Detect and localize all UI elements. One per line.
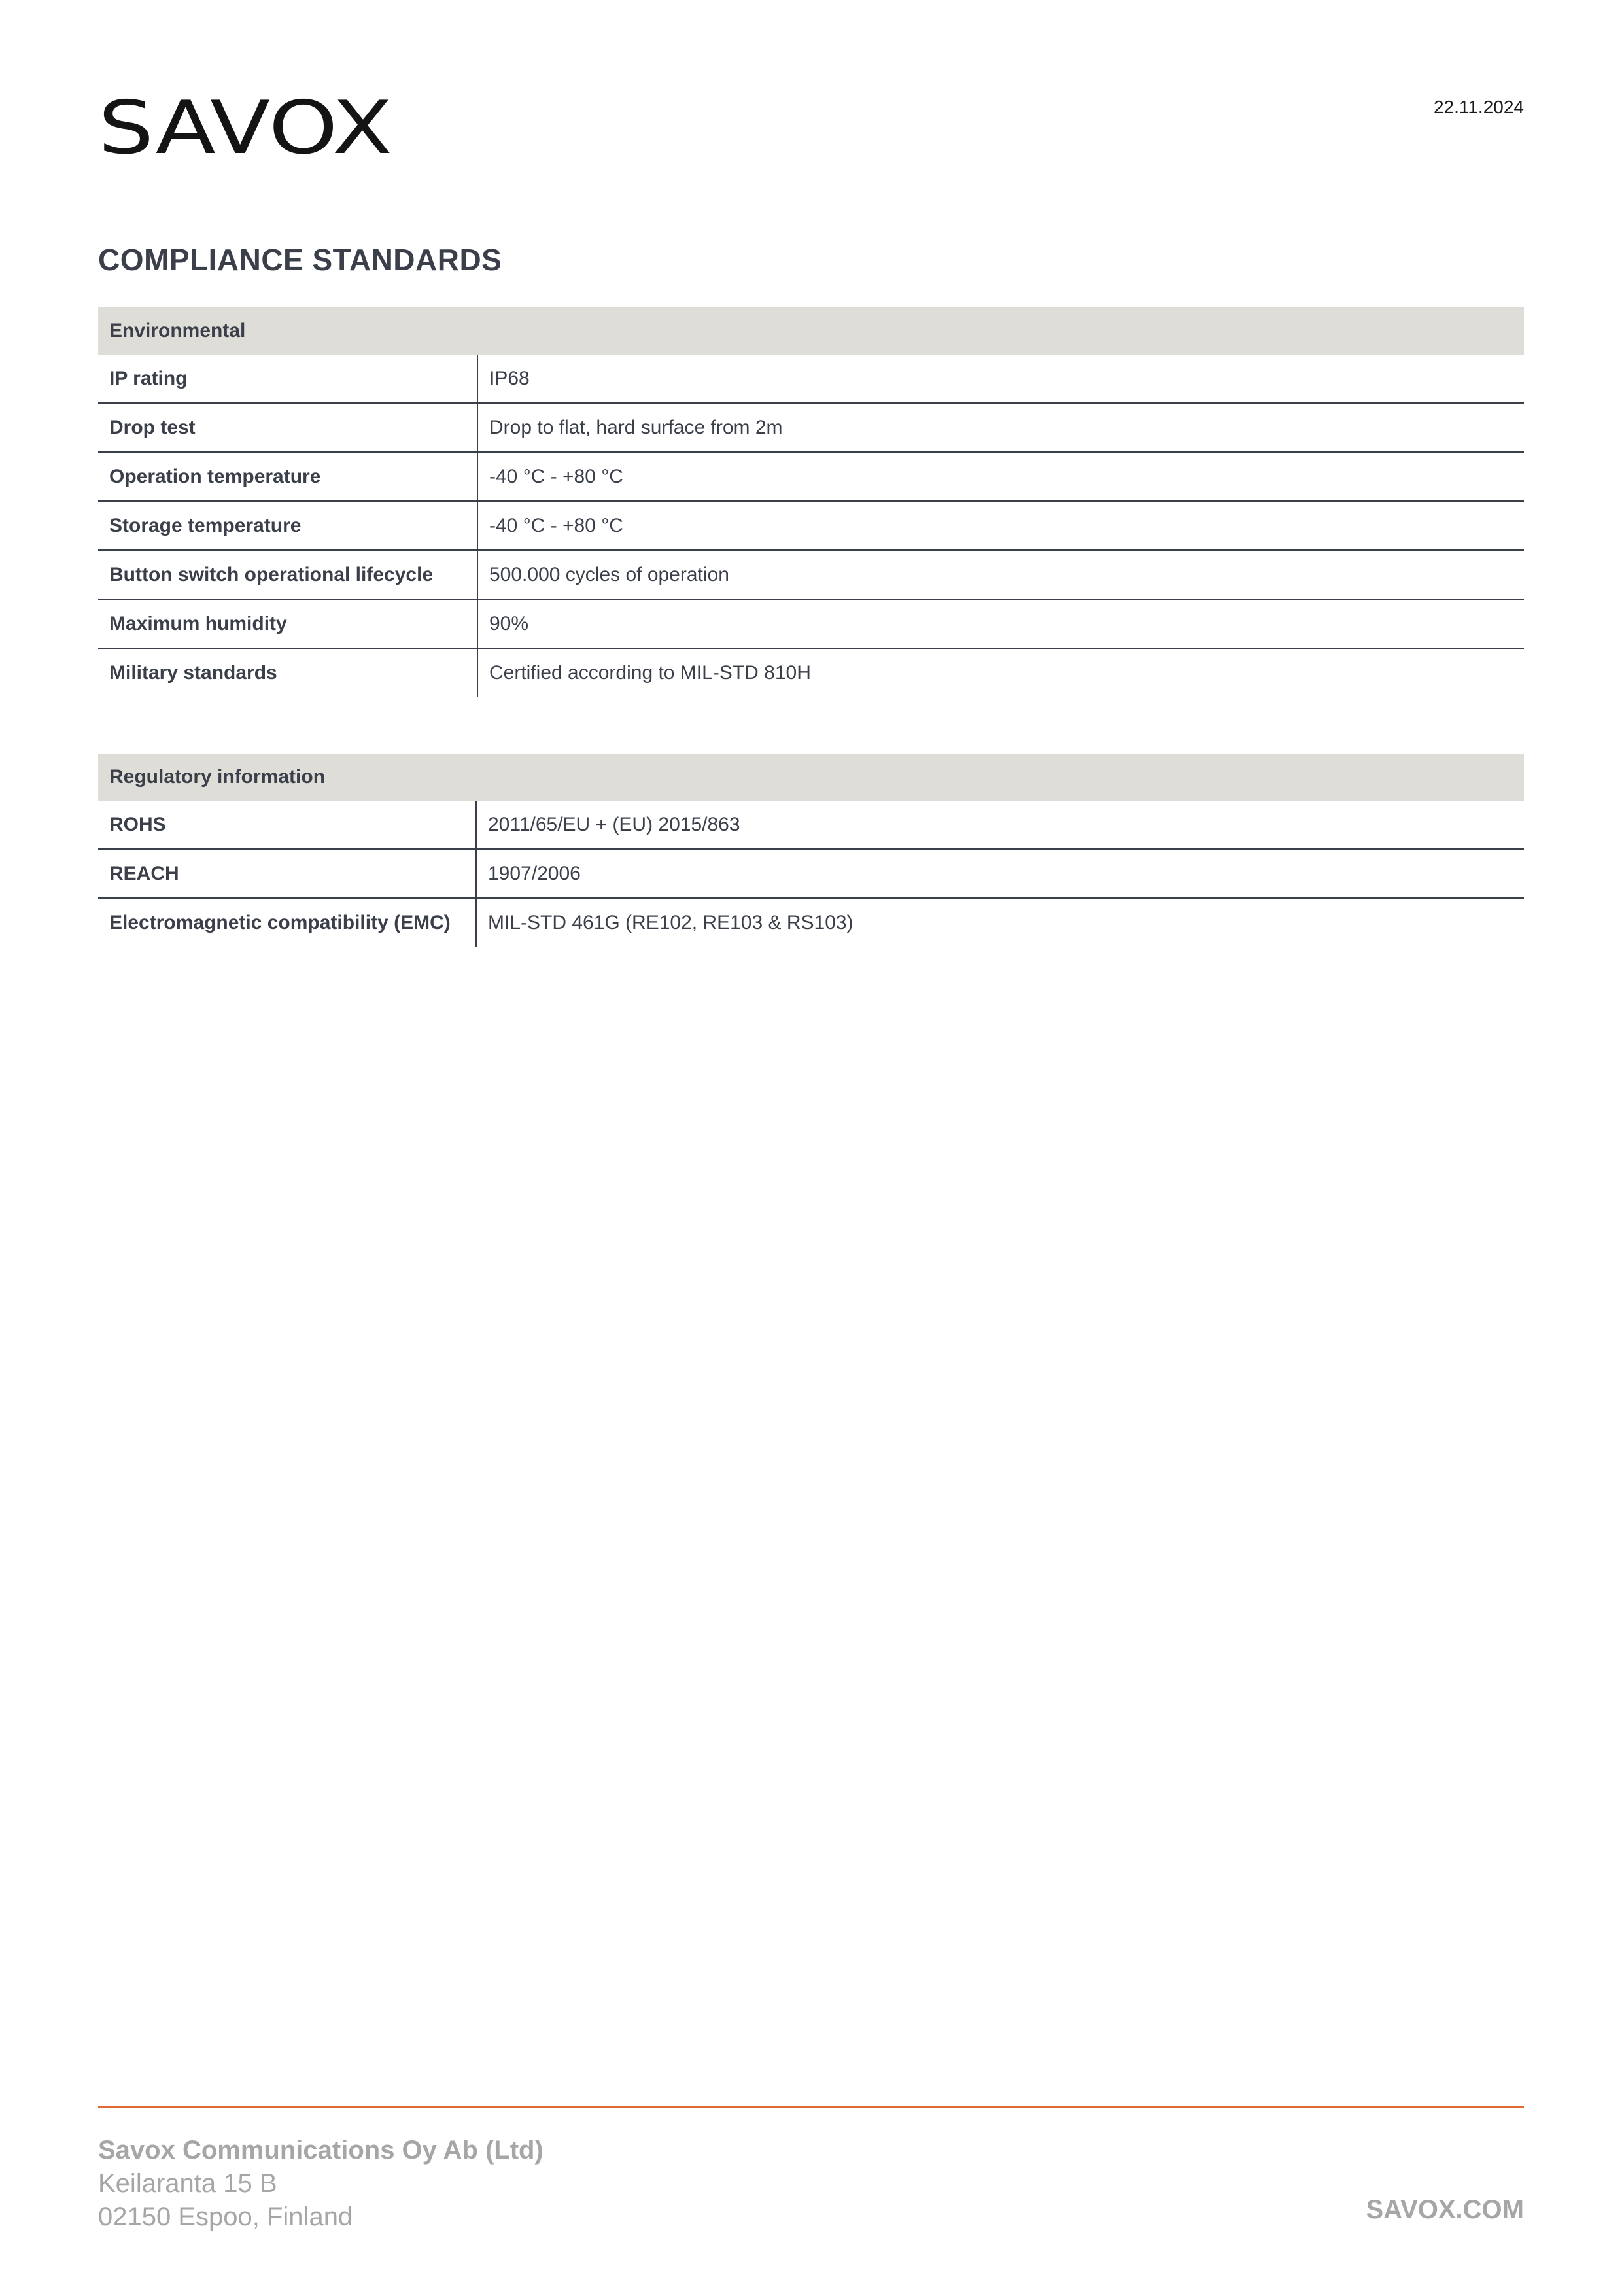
row-value: 500.000 cycles of operation xyxy=(477,550,1524,599)
table-row: Military standardsCertified according to… xyxy=(98,648,1524,697)
row-label: Operation temperature xyxy=(98,452,477,501)
address-line: Keilaranta 15 B xyxy=(98,2167,544,2200)
table-row: ROHS2011/65/EU + (EU) 2015/863 xyxy=(98,801,1524,849)
document-date: 22.11.2024 xyxy=(1434,97,1524,118)
table-row: Storage temperature-40 °C - +80 °C xyxy=(98,501,1524,550)
row-value: -40 °C - +80 °C xyxy=(477,452,1524,501)
table-row: REACH1907/2006 xyxy=(98,849,1524,898)
savox-logo: SAVOX xyxy=(98,97,392,157)
table-row: IP ratingIP68 xyxy=(98,355,1524,403)
company-name: Savox Communications Oy Ab (Ltd) xyxy=(98,2134,544,2167)
regulatory-table: Regulatory information ROHS2011/65/EU + … xyxy=(98,754,1524,947)
address-line: 02150 Espoo, Finland xyxy=(98,2200,544,2234)
table-row: Drop testDrop to flat, hard surface from… xyxy=(98,403,1524,452)
row-label: Drop test xyxy=(98,403,477,452)
svg-text:SAVOX: SAVOX xyxy=(98,97,392,157)
row-value: Certified according to MIL-STD 810H xyxy=(477,648,1524,697)
footer-address: Savox Communications Oy Ab (Ltd) Keilara… xyxy=(98,2134,544,2234)
table-row: Maximum humidity90% xyxy=(98,599,1524,648)
table-row: Electromagnetic compatibility (EMC)MIL-S… xyxy=(98,898,1524,947)
row-label: IP rating xyxy=(98,355,477,403)
row-value: 2011/65/EU + (EU) 2015/863 xyxy=(476,801,1524,849)
row-value: 1907/2006 xyxy=(476,849,1524,898)
row-value: 90% xyxy=(477,599,1524,648)
row-label: Maximum humidity xyxy=(98,599,477,648)
row-value: -40 °C - +80 °C xyxy=(477,501,1524,550)
table-row: Operation temperature-40 °C - +80 °C xyxy=(98,452,1524,501)
row-label: REACH xyxy=(98,849,476,898)
row-label: Electromagnetic compatibility (EMC) xyxy=(98,898,476,947)
footer-divider xyxy=(98,2106,1524,2108)
row-value: MIL-STD 461G (RE102, RE103 & RS103) xyxy=(476,898,1524,947)
table-row: Button switch operational lifecycle500.0… xyxy=(98,550,1524,599)
table-heading: Regulatory information xyxy=(98,754,1524,801)
row-label: ROHS xyxy=(98,801,476,849)
row-label: Button switch operational lifecycle xyxy=(98,550,477,599)
row-label: Storage temperature xyxy=(98,501,477,550)
website-link[interactable]: SAVOX.COM xyxy=(1366,2195,1524,2225)
row-value: Drop to flat, hard surface from 2m xyxy=(477,403,1524,452)
environmental-table: Environmental IP ratingIP68 Drop testDro… xyxy=(98,307,1524,697)
row-label: Military standards xyxy=(98,648,477,697)
table-heading: Environmental xyxy=(98,307,1524,355)
row-value: IP68 xyxy=(477,355,1524,403)
page-title: COMPLIANCE STANDARDS xyxy=(98,242,502,277)
